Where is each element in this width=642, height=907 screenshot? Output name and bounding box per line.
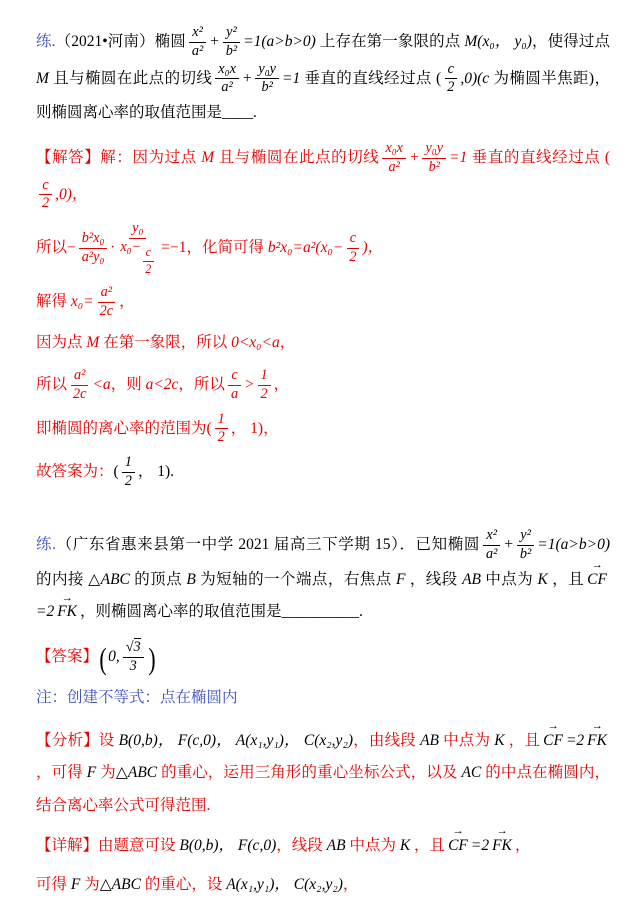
text-run: 垂直的直线经过点 ( — [467, 149, 610, 166]
sqrt-sign: √ — [126, 639, 134, 655]
vector-cf: CF — [446, 830, 470, 863]
fraction-numerator: 1 — [215, 411, 228, 430]
math-run: AB — [420, 732, 439, 749]
vector-fk: FK — [490, 830, 514, 863]
math-run: AB — [462, 571, 481, 588]
text-run: 中点为 — [439, 732, 494, 749]
text-run: ， — [515, 837, 531, 854]
greater-than-sign: > — [244, 376, 254, 393]
math-run: x₀− — [120, 239, 141, 255]
document-page: 练.（2021•河南）椭圆x²a²+y²b²=1(a>b>0) 上存在第一象限的… — [0, 0, 642, 902]
text-run: ，则 — [111, 376, 146, 393]
fraction-numerator: y² — [223, 24, 240, 43]
math-run: =1(a>b>0) — [537, 536, 610, 553]
math-run: ,0)(c — [460, 70, 489, 87]
math-run: △ABC — [100, 876, 141, 893]
big-left-paren: ( — [99, 644, 106, 674]
solution1-line3: 解得 x₀=a²2c， — [36, 284, 610, 321]
plus-sign: + — [209, 33, 219, 50]
text-run: 中点为 — [481, 571, 538, 588]
fraction-c-2-nested: c2 — [142, 245, 154, 276]
math-run: K — [400, 837, 410, 854]
fraction-denominator: b² — [517, 546, 534, 564]
math-run: AC — [461, 764, 481, 781]
solution-label: 【解答】解：因为过点 — [36, 149, 201, 166]
fraction-numerator: x² — [483, 527, 500, 546]
fraction-denominator: a²y₀ — [79, 249, 108, 267]
plus-sign: + — [409, 149, 419, 166]
fraction-x0x-a2: x₀xa² — [215, 61, 239, 98]
text-run: 所以− — [36, 239, 76, 256]
fraction-sqrt3-3: √33 — [123, 639, 144, 676]
text-run: 为短轴的一个端点，右焦点 — [196, 571, 396, 588]
vector-cf: CF — [541, 725, 565, 758]
fraction-denominator: 2c — [97, 303, 116, 321]
fraction-numerator: c — [228, 367, 240, 386]
answer2-paragraph: 【答案】(0,√33) — [36, 639, 610, 676]
text-run: ， — [119, 293, 135, 310]
detail-paragraph-line1: 【详解】由题意可设 B(0,b)， F(c,0)，线段 AB 中点为 K ，且C… — [36, 830, 610, 863]
problem2-source: （广东省惠来县第一中学 2021 届高三下学期 15）．已知椭圆 — [56, 536, 480, 553]
text-run: 且与椭圆在此点的切线 — [214, 149, 379, 166]
text-run: ， — [280, 334, 296, 351]
text-run: ， — [274, 376, 290, 393]
math-run: AB — [327, 837, 346, 854]
text-run: 解得 — [36, 293, 71, 310]
detail-paragraph-line2: 可得 F 为△ABC 的重心，设 A(x₁,y₁)， C(x₂,y₂)， — [36, 869, 610, 902]
text-run: =−1，化简可得 — [161, 239, 268, 256]
text-run: 上存在第一象限的点 — [316, 33, 465, 50]
text-run: 的顶点 — [130, 571, 187, 588]
fraction-numerator: 1 — [122, 454, 135, 473]
fraction-1-2: 12 — [258, 367, 271, 404]
plus-sign: + — [242, 70, 252, 87]
math-run: M — [36, 70, 49, 87]
math-run: )， — [362, 239, 383, 256]
fraction-denominator: b² — [426, 159, 443, 177]
problem2-paragraph: 练.（广东省惠来县第一中学 2021 届高三下学期 15）．已知椭圆x²a²+y… — [36, 527, 610, 629]
plus-sign: + — [503, 536, 513, 553]
math-run: <a — [92, 376, 110, 393]
vector-cf: CF — [585, 564, 609, 597]
text-run: 且与椭圆在此点的切线 — [49, 70, 212, 87]
text-run: 因为点 — [36, 334, 86, 351]
fraction-denominator: 3 — [127, 658, 140, 676]
solution1-line6: 即椭圆的离心率的范围为(12， 1)， — [36, 411, 610, 448]
fraction-numerator: a² — [98, 284, 115, 303]
text-run: ，由线段 — [353, 732, 420, 749]
fraction-b2x0-a2y0: b²x₀a²y₀ — [79, 230, 108, 267]
fraction-a2-2c: a²2c — [97, 284, 116, 321]
fraction-denominator: a² — [385, 159, 402, 177]
fraction-1-2: 12 — [122, 454, 135, 491]
problem2-tag: 练. — [36, 536, 56, 553]
math-run: M — [86, 334, 99, 351]
fraction-x0x-a2: x₀xa² — [382, 140, 406, 177]
answer-blank: ____. — [222, 104, 257, 121]
text-run: 的重心，设 — [141, 876, 226, 893]
fraction-c-2: c2 — [346, 230, 359, 267]
fraction-numerator: √3 — [123, 639, 144, 658]
vector-fk: FK — [585, 725, 609, 758]
fraction-numerator: y₀y — [422, 140, 446, 159]
problem1-source: （2021•河南）椭圆 — [56, 33, 186, 50]
fraction-denominator: x₀−c2 — [117, 239, 158, 277]
fraction-y2-b2: y²b² — [223, 24, 240, 61]
fraction-y0y-b2: y₀yb² — [255, 61, 279, 98]
text-run: ，可得 — [36, 764, 87, 781]
answer-blank: __________. — [282, 603, 363, 620]
fraction-numerator: b²x₀ — [79, 230, 108, 249]
solution1-line4: 因为点 M 在第一象限，所以 0<x₀<a， — [36, 327, 610, 360]
solution1-line2: 所以−b²x₀a²y₀·y₀x₀−c2=−1，化简可得 b²x₀=a²(x₀−c… — [36, 220, 610, 277]
fraction-denominator: 2c — [70, 386, 89, 404]
math-run: ,0)， — [55, 185, 87, 202]
solution1-final-answer: 故答案为：(12， 1). — [36, 454, 610, 491]
radicand: 3 — [134, 638, 141, 655]
final-answer-label: 故答案为： — [36, 463, 114, 480]
text-run: ， 1)， — [231, 420, 279, 437]
fraction-denominator: 2 — [215, 429, 228, 447]
problem1-paragraph: 练.（2021•河南）椭圆x²a²+y²b²=1(a>b>0) 上存在第一象限的… — [36, 24, 610, 130]
math-run: B — [186, 571, 195, 588]
solution1-line5: 所以a²2c<a，则 a<2c，所以ca>12， — [36, 367, 610, 404]
fraction-numerator: y₀ — [129, 220, 146, 239]
text-run: ， — [343, 876, 359, 893]
fraction-denominator: b² — [258, 79, 275, 97]
math-run: ( — [114, 463, 119, 480]
math-run: A(x₁,y₁)， C(x₂,y₂) — [226, 876, 343, 893]
fraction-c-a: ca — [228, 367, 241, 404]
text-run: ，线段 — [406, 571, 463, 588]
detail-label: 【详解】由题意可设 — [36, 837, 179, 854]
analysis-label: 【分析】设 — [36, 732, 119, 749]
fraction-numerator: y₀y — [255, 61, 279, 80]
fraction-denominator: 2 — [258, 386, 271, 404]
fraction-y0y-b2: y₀yb² — [422, 140, 446, 177]
math-run: =1(a>b>0) — [243, 33, 316, 50]
text-run: ，且 — [548, 571, 584, 588]
fraction-c-2: c2 — [444, 61, 457, 98]
math-run: B(0,b)， F(c,0)， A(x₁,y₁)， C(x₂,y₂) — [119, 732, 353, 749]
problem1-tag: 练. — [36, 33, 56, 50]
math-run: 0, — [108, 648, 120, 665]
fraction-y2-b2: y²b² — [517, 527, 534, 564]
math-run: =2 — [566, 732, 584, 749]
big-right-paren: ) — [148, 644, 155, 674]
note-paragraph: 注：创建不等式：点在椭圆内 — [36, 682, 610, 715]
math-run: F — [87, 764, 96, 781]
math-run: a<2c — [146, 376, 179, 393]
fraction-a2-2c: a²2c — [70, 367, 89, 404]
math-run: M(x₀， y₀) — [464, 33, 532, 50]
math-run: =1 — [282, 70, 300, 87]
text-run: ，且 — [505, 732, 540, 749]
fraction-denominator: a² — [189, 43, 206, 61]
fraction-1-2: 12 — [215, 411, 228, 448]
fraction-x2-a2: x²a² — [189, 24, 206, 61]
text-run: 中点为 — [346, 837, 400, 854]
math-run: =2 — [471, 837, 489, 854]
text-run: 的内接 — [36, 571, 88, 588]
text-run: 垂直的直线经过点 ( — [300, 70, 441, 87]
math-run: B(0,b)， F(c,0) — [179, 837, 276, 854]
fraction-numerator: c — [143, 245, 154, 261]
math-run: K — [538, 571, 548, 588]
fraction-denominator: 2 — [346, 249, 359, 267]
text-run: 的重心，运用三角形的重心坐标公式，以及 — [157, 764, 461, 781]
fraction-numerator: a² — [71, 367, 88, 386]
math-run: △ABC — [88, 571, 130, 588]
text-run: 所以 — [36, 376, 67, 393]
fraction-x2-a2: x²a² — [483, 527, 500, 564]
fraction-denominator: 2 — [122, 473, 135, 491]
text-run: ，线段 — [276, 837, 326, 854]
math-run: b²x₀=a²(x₀− — [268, 239, 343, 256]
fraction-numerator: c — [39, 177, 51, 196]
math-run: =1 — [449, 149, 467, 166]
fraction-numerator: 1 — [258, 367, 271, 386]
math-run: F — [396, 571, 405, 588]
text-run: ，所以 — [178, 376, 225, 393]
solution1-line1: 【解答】解：因为过点 M 且与椭圆在此点的切线x₀xa²+y₀yb²=1 垂直的… — [36, 140, 610, 213]
fraction-denominator: a — [228, 386, 241, 404]
math-run: M — [201, 149, 214, 166]
fraction-c-2: c2 — [39, 177, 52, 214]
text-run: 在第一象限，所以 — [99, 334, 231, 351]
analysis-paragraph: 【分析】设 B(0,b)， F(c,0)， A(x₁,y₁)， C(x₂,y₂)… — [36, 725, 610, 823]
text-run: ，且 — [410, 837, 445, 854]
answer-label: 【答案】 — [36, 648, 98, 665]
text-run: 即椭圆的离心率的范围为( — [36, 420, 212, 437]
fraction-denominator: 2 — [142, 262, 154, 277]
fraction-numerator: x₀x — [382, 140, 406, 159]
text-run: 为 — [80, 876, 99, 893]
fraction-denominator: 2 — [444, 79, 457, 97]
vector-fk: FK — [55, 596, 79, 629]
math-run: =2 — [36, 603, 54, 620]
fraction-numerator: c — [445, 61, 457, 80]
math-run: 0<x₀<a — [231, 334, 280, 351]
text-run: 可得 — [36, 876, 71, 893]
math-run: ， 1). — [138, 463, 174, 480]
note-text: 注：创建不等式：点在椭圆内 — [36, 689, 238, 706]
fraction-denominator: b² — [223, 43, 240, 61]
math-run: K — [494, 732, 504, 749]
fraction-denominator: a² — [483, 546, 500, 564]
fraction-numerator: x² — [189, 24, 206, 43]
text-run: ，使得过点 — [532, 33, 610, 50]
math-run: △ABC — [116, 764, 157, 781]
text-run: ，则椭圆离心率的取值范围是 — [80, 603, 282, 620]
math-run: x₀= — [71, 293, 94, 310]
fraction-numerator: c — [347, 230, 359, 249]
fraction-numerator: y² — [517, 527, 534, 546]
dot-operator: · — [110, 239, 114, 256]
text-run: 为 — [96, 764, 116, 781]
fraction-denominator: 2 — [39, 195, 52, 213]
fraction-denominator: a² — [218, 79, 235, 97]
fraction-y0-over-x0-minus-c2: y₀x₀−c2 — [117, 220, 158, 277]
fraction-numerator: x₀x — [215, 61, 239, 80]
math-run: F — [71, 876, 80, 893]
